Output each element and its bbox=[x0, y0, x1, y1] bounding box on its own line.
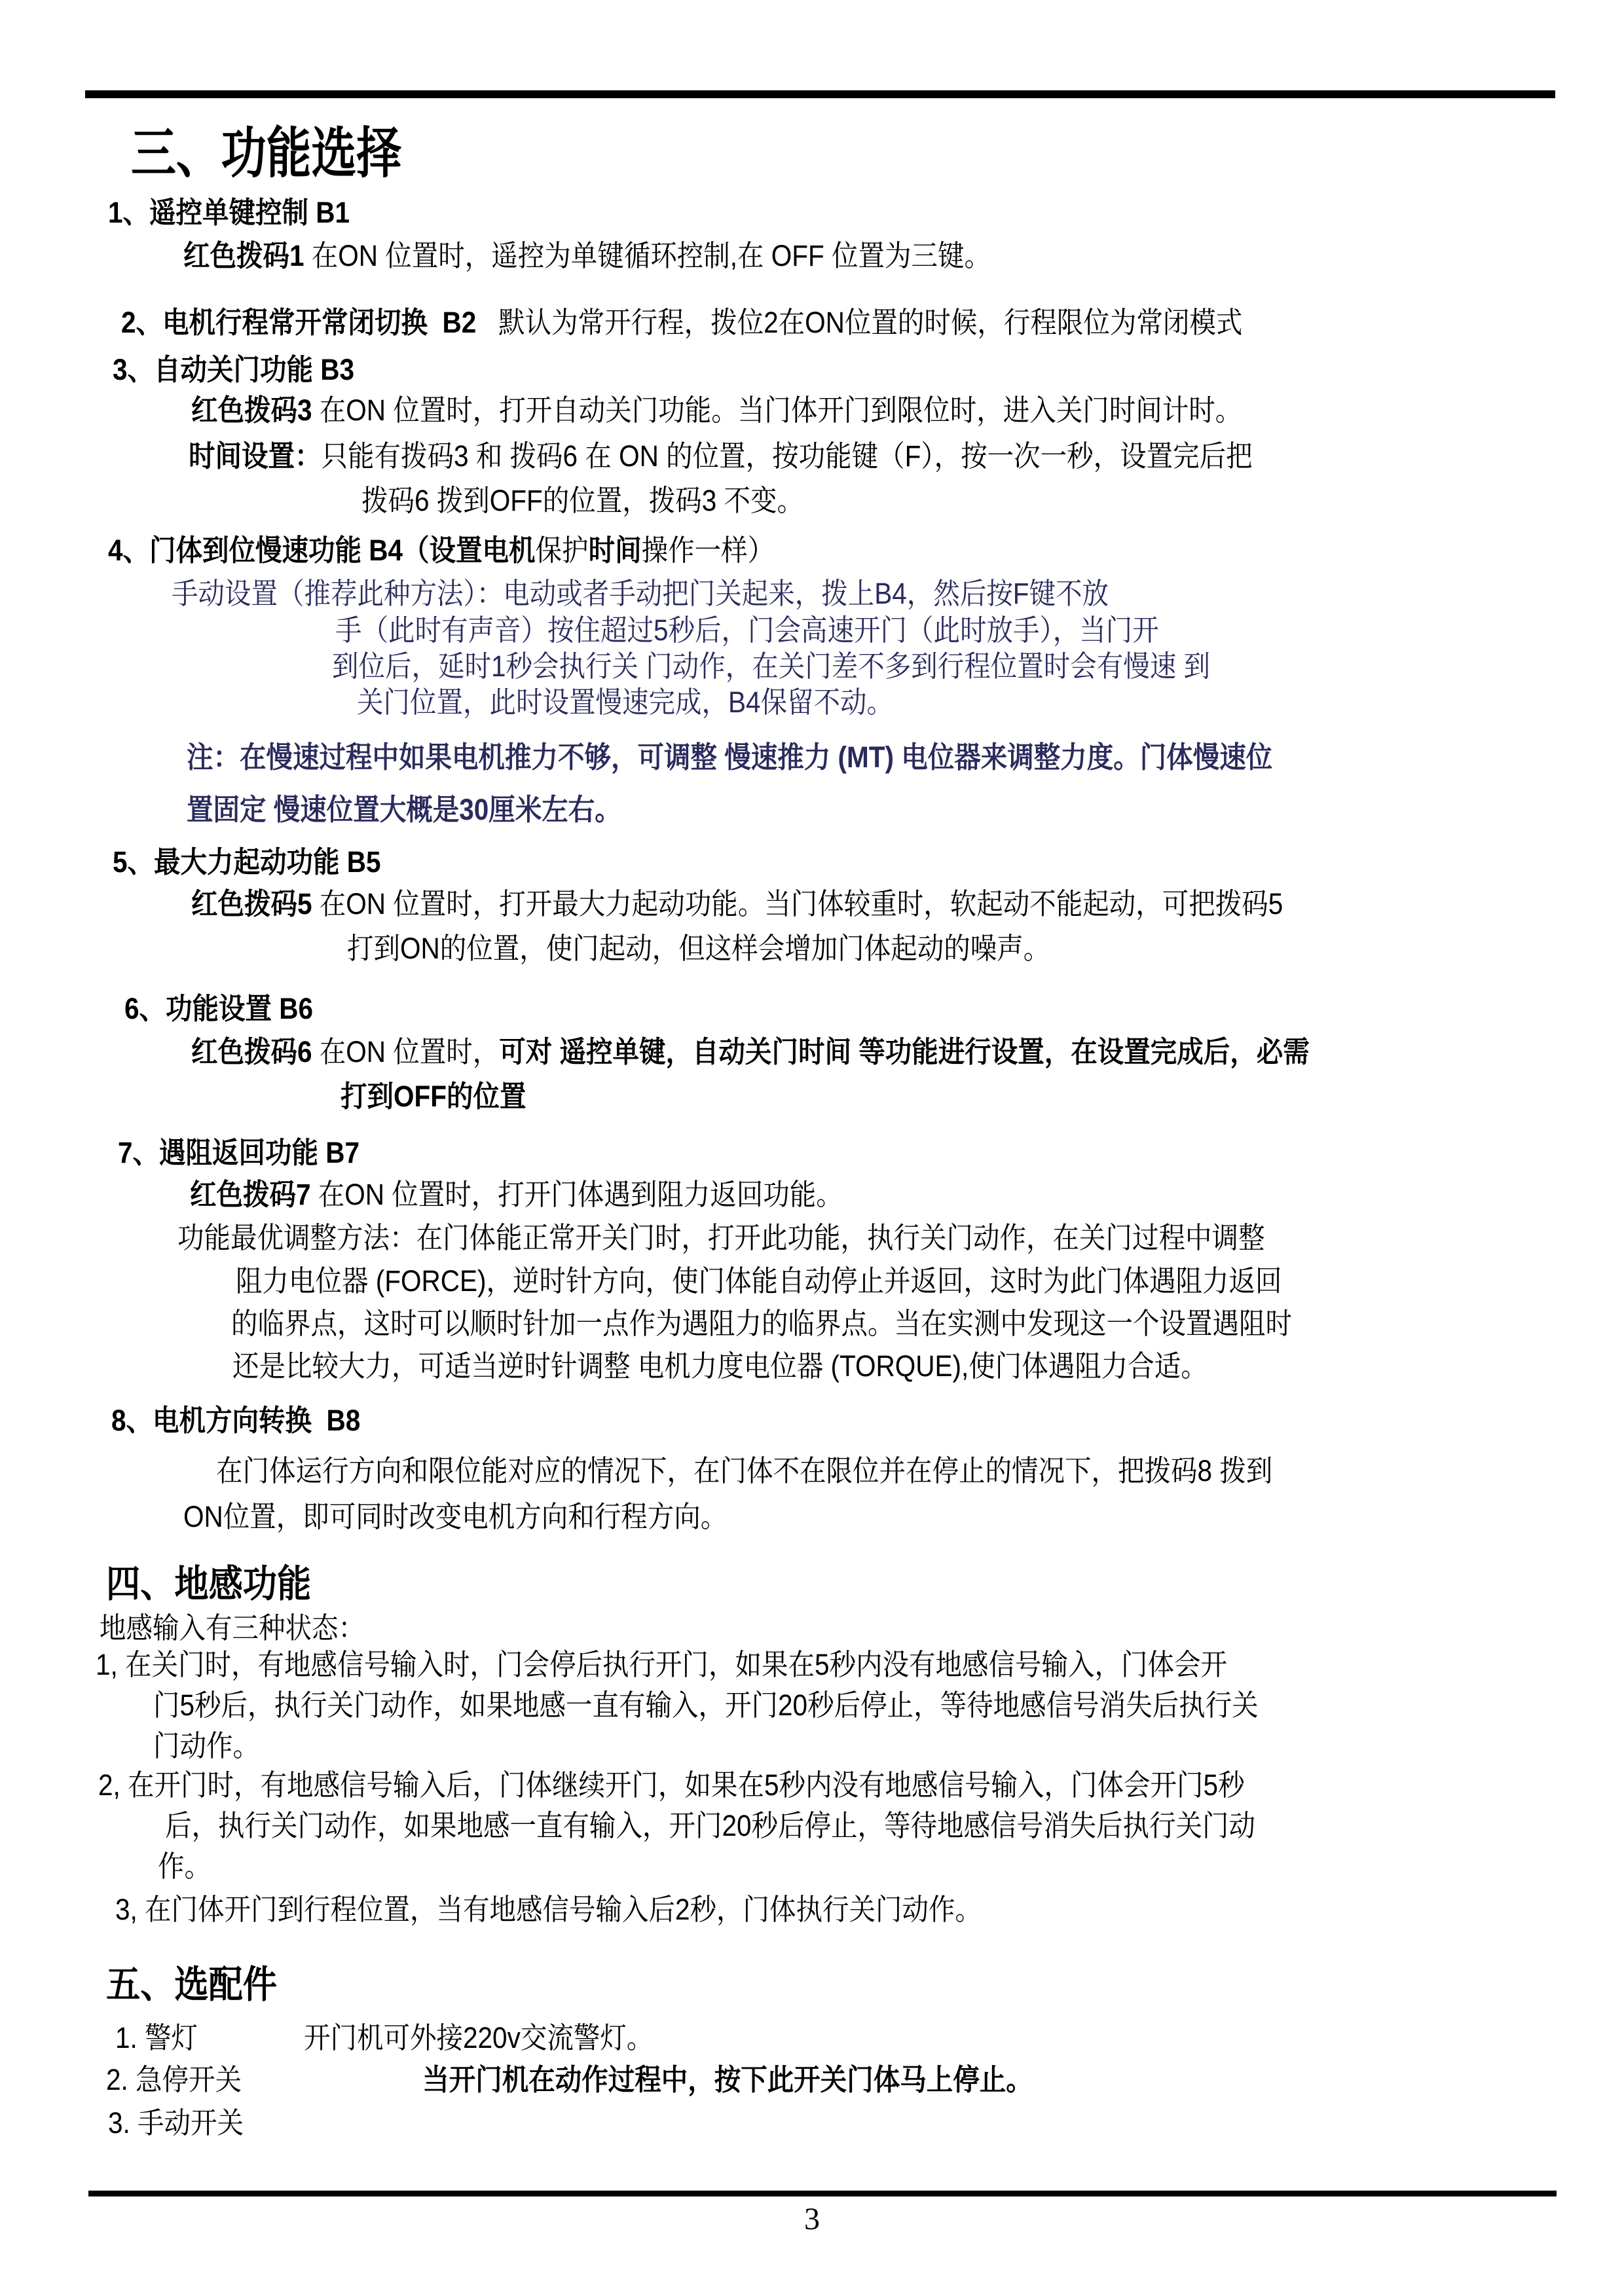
b5-line-1: 红色拨码5 在ON 位置时，打开最大力起动功能。当门体较重时，软起动不能起动，可… bbox=[191, 888, 1283, 920]
b7-rest: 在ON 位置时，打开门体遇到阻力返回功能。 bbox=[311, 1178, 843, 1211]
sensor-item3-line-1: 3, 在门体开门到行程位置，当有地感信号输入后2秒，门体执行关门动作。 bbox=[115, 1893, 982, 1926]
b3-heading: 3、自动关门功能 B3 bbox=[113, 354, 354, 386]
b2-heading: 2、电机行程常开常闭切换 B2 bbox=[121, 306, 476, 339]
b6-mid: 在ON 位置时， bbox=[312, 1035, 500, 1068]
b3-line-1: 红色拨码3 在ON 位置时，打开自动关门功能。当门体开门到限位时，进入关门时间计… bbox=[191, 394, 1242, 427]
b4-heading: 4、门体到位慢速功能 B4（设置电机保护时间操作一样） bbox=[108, 534, 774, 567]
sensor-item2-line-1: 2, 在开门时，有地感信号输入后，门体继续开门，如果在5秒内没有地感信号输入，门… bbox=[98, 1769, 1245, 1802]
b7-heading: 7、遇阻返回功能 B7 bbox=[118, 1137, 360, 1169]
sensor-item2-line-3: 作。 bbox=[158, 1850, 211, 1883]
sensor-item1-line-3: 门动作。 bbox=[153, 1730, 259, 1762]
b6-line-2: 打到OFF的位置 bbox=[341, 1080, 526, 1113]
accessory-item2-label: 2. 急停开关 bbox=[106, 2064, 422, 2096]
chapter4-title: 四、地感功能 bbox=[106, 1565, 311, 1605]
accessory-item2-desc: 当开门机在动作过程中，按下此开关门体马上停止。 bbox=[422, 2063, 1033, 2096]
bottom-rule bbox=[88, 2191, 1557, 2196]
b7-line-5: 还是比较大力，可适当逆时针调整 电机力度电位器 (TORQUE),使门体遇阻力合… bbox=[232, 1350, 1208, 1383]
b4-heading-light-1: 保护 bbox=[536, 534, 589, 567]
sensor-item1-line-1: 1, 在关门时，有地感信号输入时，门会停后执行开门，如果在5秒内没有地感信号输入… bbox=[96, 1649, 1227, 1681]
page-number: 3 bbox=[0, 2201, 1624, 2237]
b4-heading-bold-2: 时间 bbox=[589, 534, 642, 567]
b5-line-2: 打到ON的位置，使门起动，但这样会增加门体起动的噪声。 bbox=[347, 932, 1050, 965]
accessory-item1: 1. 警灯开门机可外接220v交流警灯。 bbox=[115, 2022, 653, 2054]
b4-manual-line-1: 手动设置（推荐此种方法）：电动或者手动把门关起来，拨上B4，然后按F键不放 bbox=[172, 577, 1109, 610]
b7-line-1: 红色拨码7 在ON 位置时，打开门体遇到阻力返回功能。 bbox=[190, 1178, 843, 1211]
b4-manual-line-3: 到位后，延时1秒会执行关 门动作，在关门差不多到行程位置时会有慢速 到 bbox=[332, 650, 1210, 683]
b8-line-2: ON位置，即可同时改变电机方向和行程方向。 bbox=[183, 1501, 727, 1533]
b6-lead: 红色拨码6 bbox=[191, 1035, 312, 1068]
b8-line-1: 在门体运行方向和限位能对应的情况下，在门体不在限位并在停止的情况下，把拨码8 拨… bbox=[216, 1455, 1272, 1487]
b6-bold-desc: 可对 遥控单键，自动关门时间 等功能进行设置，在设置完成后，必需 bbox=[499, 1035, 1310, 1068]
b3-time-desc: 只能有拨码3 和 拨码6 在 ON 的位置，按功能键（F），按一次一秒，设置完后… bbox=[322, 439, 1253, 473]
b4-manual-line-2: 手（此时有声音）按住超过5秒后，门会高速开门（此时放手），当门开 bbox=[335, 614, 1159, 647]
b4-heading-light-2: 操作一样） bbox=[642, 534, 775, 567]
b4-note-line-2: 置固定 慢速位置大概是30厘米左右。 bbox=[187, 793, 621, 826]
b1-heading: 1、遥控单键控制 B1 bbox=[108, 196, 350, 229]
b3-rest: 在ON 位置时，打开自动关门功能。当门体开门到限位时，进入关门时间计时。 bbox=[312, 393, 1242, 427]
b3-lead: 红色拨码3 bbox=[191, 393, 312, 427]
b4-heading-main: 4、门体到位慢速功能 B4（设置电机 bbox=[108, 534, 536, 567]
b7-lead: 红色拨码7 bbox=[190, 1178, 311, 1211]
b5-heading: 5、最大力起动功能 B5 bbox=[113, 846, 381, 879]
top-rule bbox=[85, 90, 1555, 98]
b1-lead: 红色拨码1 bbox=[183, 239, 304, 272]
b6-heading: 6、功能设置 B6 bbox=[124, 993, 313, 1025]
b3-time-label: 时间设置： bbox=[189, 439, 322, 473]
b7-line-2: 功能最优调整方法：在门体能正常开关门时，打开此功能，执行关门动作，在关门过程中调… bbox=[177, 1222, 1265, 1254]
b5-lead: 红色拨码5 bbox=[191, 887, 312, 920]
b8-heading: 8、电机方向转换 B8 bbox=[111, 1404, 360, 1437]
b2-heading-line: 2、电机行程常开常闭切换 B2 默认为常开行程，拨位2在ON位置的时候，行程限位… bbox=[121, 306, 1242, 339]
b2-desc: 默认为常开行程，拨位2在ON位置的时候，行程限位为常闭模式 bbox=[476, 306, 1242, 339]
page-title: 三、功能选择 bbox=[131, 126, 401, 183]
b4-note-line-1: 注：在慢速过程中如果电机推力不够，可调整 慢速推力 (MT) 电位器来调整力度。… bbox=[187, 741, 1272, 774]
manual-page: 三、功能选择 1、遥控单键控制 B1 红色拨码1 在ON 位置时，遥控为单键循环… bbox=[0, 0, 1624, 2296]
sensor-intro: 地感输入有三种状态： bbox=[100, 1612, 365, 1645]
b7-line-3: 阻力电位器 (FORCE)，逆时针方向，使门体能自动停止并返回，这时为此门体遇阻… bbox=[236, 1265, 1282, 1298]
b1-rest: 在ON 位置时，遥控为单键循环控制,在 OFF 位置为三键。 bbox=[304, 239, 991, 272]
b5-rest: 在ON 位置时，打开最大力起动功能。当门体较重时，软起动不能起动，可把拨码5 bbox=[312, 887, 1283, 920]
b7-line-4: 的临界点，这时可以顺时针加一点作为遇阻力的临界点。当在实测中发现这一个设置遇阻时 bbox=[231, 1307, 1292, 1340]
sensor-item2-line-2: 后，执行关门动作，如果地感一直有输入，开门20秒后停止，等待地感信号消失后执行关… bbox=[165, 1810, 1255, 1842]
chapter5-title: 五、选配件 bbox=[106, 1965, 277, 2005]
accessory-item1-desc: 开门机可外接220v交流警灯。 bbox=[304, 2021, 653, 2054]
accessory-item3: 3. 手动开关 bbox=[108, 2107, 244, 2140]
sensor-item1-line-2: 门5秒后，执行关门动作，如果地感一直有输入，开门20秒后停止，等待地感信号消失后… bbox=[153, 1689, 1259, 1722]
b6-line-1: 红色拨码6 在ON 位置时，可对 遥控单键，自动关门时间 等功能进行设置，在设置… bbox=[191, 1036, 1310, 1068]
accessory-item1-label: 1. 警灯 bbox=[115, 2022, 304, 2054]
b3-line-3: 拨码6 拨到OFF的位置，拨码3 不变。 bbox=[361, 484, 803, 517]
b3-line-2: 时间设置：只能有拨码3 和 拨码6 在 ON 的位置，按功能键（F），按一次一秒… bbox=[189, 440, 1253, 473]
accessory-item2: 2. 急停开关当开门机在动作过程中，按下此开关门体马上停止。 bbox=[106, 2064, 1033, 2096]
b1-body-line: 红色拨码1 在ON 位置时，遥控为单键循环控制,在 OFF 位置为三键。 bbox=[183, 240, 991, 272]
b4-manual-line-4: 关门位置，此时设置慢速完成，B4保留不动。 bbox=[357, 686, 893, 719]
